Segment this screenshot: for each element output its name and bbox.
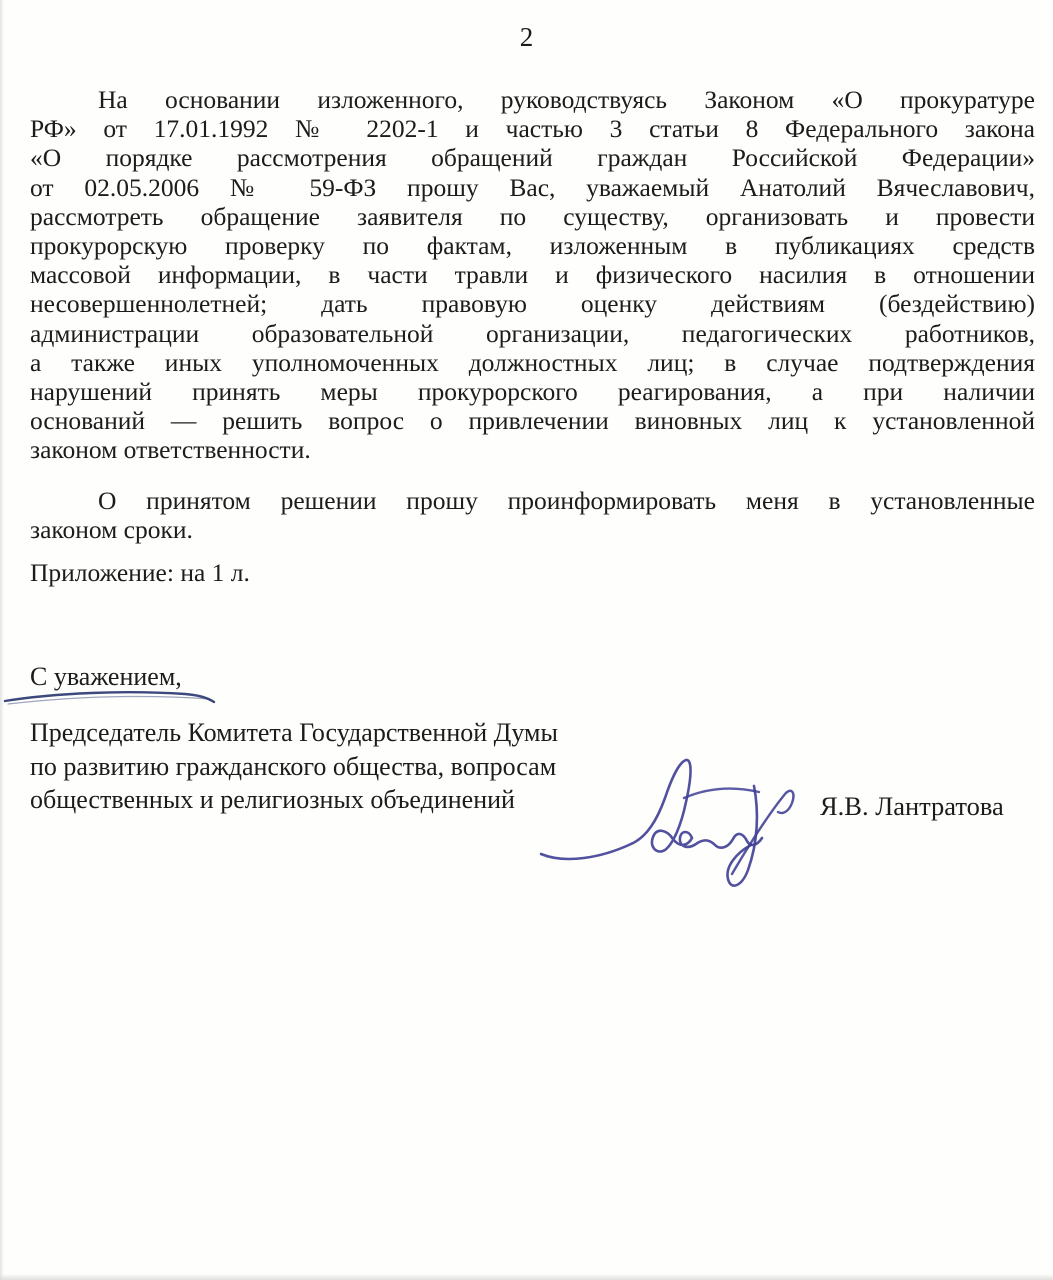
text-line: На основании изложенного, руководствуясь… <box>30 85 1035 114</box>
signature-main-stroke <box>541 760 762 859</box>
signature-tilde-stroke <box>684 789 759 798</box>
text-line: от 02.05.2006 № 59-ФЗ прошу Вас, уважаем… <box>30 173 1035 202</box>
signer-name: Я.В. Лантратова <box>820 791 1004 822</box>
text-line: рассмотреть обращение заявителя по сущес… <box>30 202 1035 231</box>
signature-flick-stroke <box>732 791 793 874</box>
text-line: массовой информации, в части травли и фи… <box>30 260 1035 289</box>
text-line: О принятом решении прошу проинформироват… <box>30 486 1035 515</box>
pen-underline-icon <box>0 686 235 712</box>
scan-edge-bottom <box>0 1274 1053 1280</box>
text-line: «О порядке рассмотрения обращений гражда… <box>30 143 1035 172</box>
attachment-note: Приложение: на 1 л. <box>30 558 1035 587</box>
scan-edge-left <box>0 0 4 1280</box>
text-line: несовершеннолетней; дать правовую оценку… <box>30 289 1035 318</box>
text-line: по развитию гражданского общества, вопро… <box>30 750 558 784</box>
text-line: а также иных уполномоченных должностных … <box>30 348 1035 377</box>
text-line: законом ответственности. <box>30 435 1035 464</box>
paragraph-request: На основании изложенного, руководствуясь… <box>30 85 1035 465</box>
letter-body: На основании изложенного, руководствуясь… <box>30 85 1035 587</box>
text-line: прокурорскую проверку по фактам, изложен… <box>30 231 1035 260</box>
text-line: администрации образовательной организаци… <box>30 319 1035 348</box>
text-line: нарушений принять меры прокурорского реа… <box>30 377 1035 406</box>
text-line: Председатель Комитета Государственной Ду… <box>30 716 558 750</box>
text-line: оснований — решить вопрос о привлечении … <box>30 406 1035 435</box>
paragraph-inform: О принятом решении прошу проинформироват… <box>30 486 1035 544</box>
signature-icon <box>535 750 820 895</box>
text-line: законом сроки. <box>30 515 1035 544</box>
text-line: РФ» от 17.01.1992 № 2202-1 и частью 3 ст… <box>30 114 1035 143</box>
text-line: общественных и религиозных объединений <box>30 783 558 817</box>
signer-title: Председатель Комитета Государственной Ду… <box>30 716 558 817</box>
document-page: 2 На основании изложенного, руководствуя… <box>0 0 1053 1280</box>
page-number: 2 <box>0 22 1053 53</box>
